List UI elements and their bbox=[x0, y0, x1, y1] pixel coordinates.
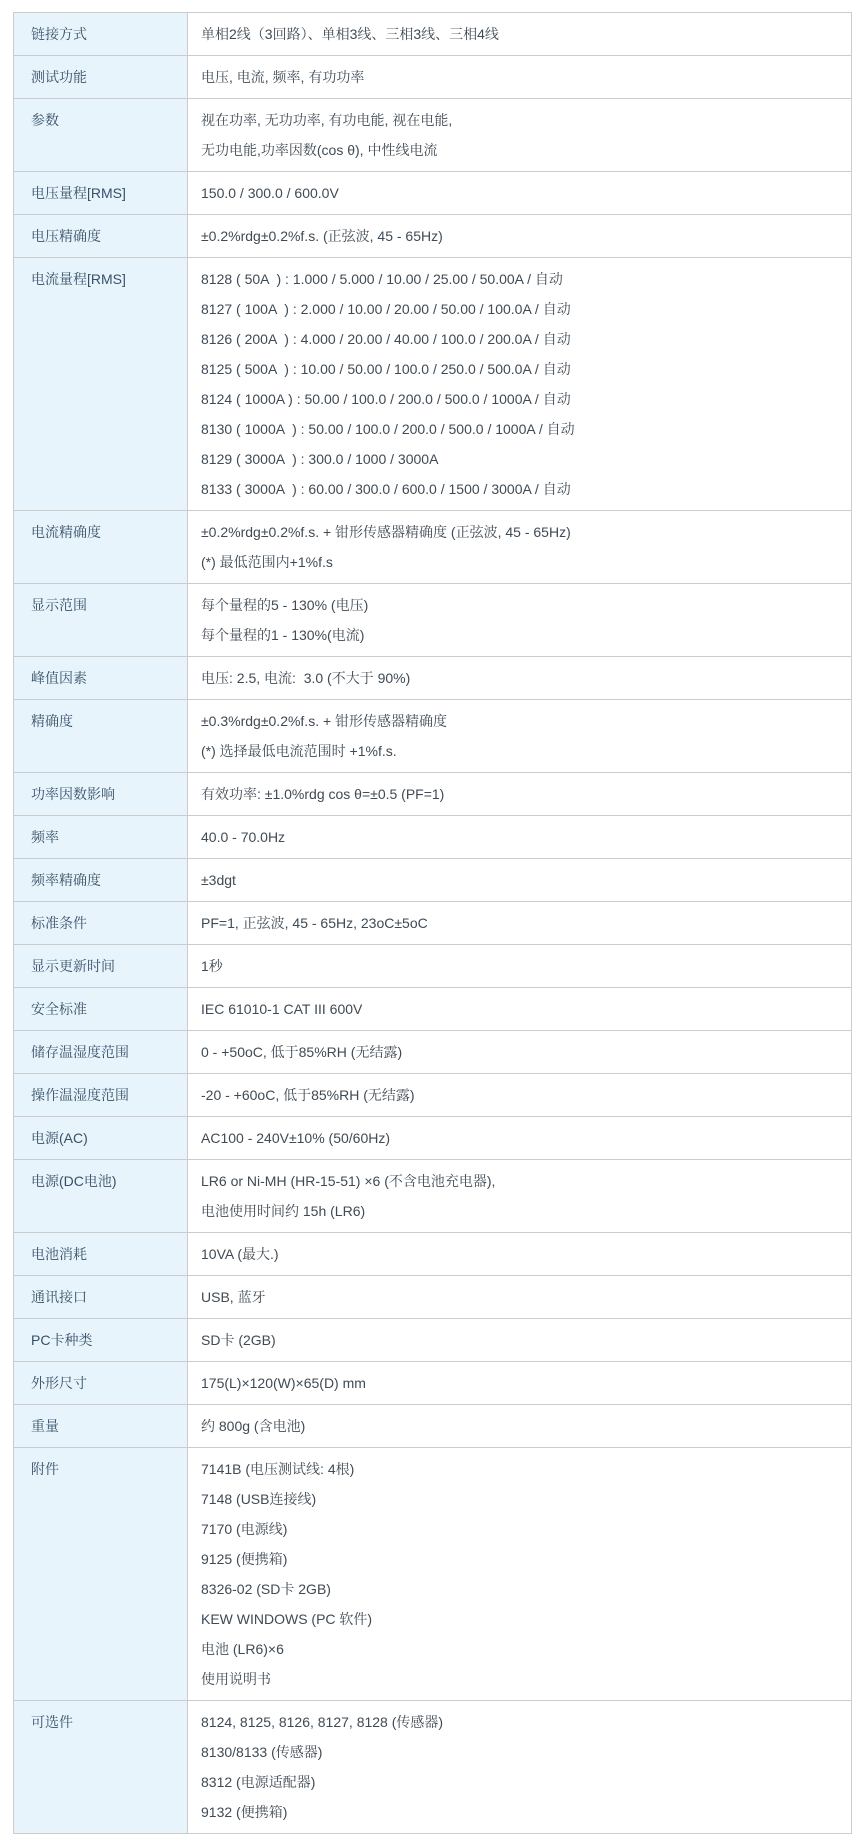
table-row: 链接方式 单相2线（3回路）、单相3线、三相3线、三相4线 bbox=[14, 13, 852, 56]
table-row: PC卡种类 SD卡 (2GB) bbox=[14, 1319, 852, 1362]
spec-label: 参数 bbox=[14, 99, 188, 172]
spec-label: 通讯接口 bbox=[14, 1276, 188, 1319]
spec-label: 测试功能 bbox=[14, 56, 188, 99]
spec-label: 链接方式 bbox=[14, 13, 188, 56]
table-row: 重量 约 800g (含电池) bbox=[14, 1405, 852, 1448]
table-row: 电池消耗 10VA (最大.) bbox=[14, 1233, 852, 1276]
spec-label: 电流精确度 bbox=[14, 511, 188, 584]
spec-label: 安全标准 bbox=[14, 988, 188, 1031]
spec-label: 电源(AC) bbox=[14, 1117, 188, 1160]
table-row: 测试功能 电压, 电流, 频率, 有功功率 bbox=[14, 56, 852, 99]
spec-value: SD卡 (2GB) bbox=[188, 1319, 852, 1362]
spec-value: PF=1, 正弦波, 45 - 65Hz, 23oC±5oC bbox=[188, 902, 852, 945]
spec-value: AC100 - 240V±10% (50/60Hz) bbox=[188, 1117, 852, 1160]
table-row: 外形尺寸 175(L)×120(W)×65(D) mm bbox=[14, 1362, 852, 1405]
spec-label: 外形尺寸 bbox=[14, 1362, 188, 1405]
spec-label: 电池消耗 bbox=[14, 1233, 188, 1276]
table-row: 功率因数影响 有效功率: ±1.0%rdg cos θ=±0.5 (PF=1) bbox=[14, 773, 852, 816]
table-row: 安全标准 IEC 61010-1 CAT III 600V bbox=[14, 988, 852, 1031]
spec-value: 10VA (最大.) bbox=[188, 1233, 852, 1276]
spec-value: 每个量程的5 - 130% (电压) 每个量程的1 - 130%(电流) bbox=[188, 584, 852, 657]
spec-label: 峰值因素 bbox=[14, 657, 188, 700]
spec-value: 8124, 8125, 8126, 8127, 8128 (传感器) 8130/… bbox=[188, 1701, 852, 1834]
spec-label: 精确度 bbox=[14, 700, 188, 773]
spec-value: 7141B (电压测试线: 4根) 7148 (USB连接线) 7170 (电源… bbox=[188, 1448, 852, 1701]
spec-value: 电压: 2.5, 电流: 3.0 (不大于 90%) bbox=[188, 657, 852, 700]
spec-label: PC卡种类 bbox=[14, 1319, 188, 1362]
spec-label: 储存温湿度范围 bbox=[14, 1031, 188, 1074]
spec-page: 链接方式 单相2线（3回路）、单相3线、三相3线、三相4线 测试功能 电压, 电… bbox=[0, 0, 867, 1842]
spec-label: 功率因数影响 bbox=[14, 773, 188, 816]
spec-label: 附件 bbox=[14, 1448, 188, 1701]
table-row: 附件 7141B (电压测试线: 4根) 7148 (USB连接线) 7170 … bbox=[14, 1448, 852, 1701]
spec-label: 显示范围 bbox=[14, 584, 188, 657]
table-row: 峰值因素 电压: 2.5, 电流: 3.0 (不大于 90%) bbox=[14, 657, 852, 700]
spec-label: 电压量程[RMS] bbox=[14, 172, 188, 215]
spec-label: 电压精确度 bbox=[14, 215, 188, 258]
spec-value: 150.0 / 300.0 / 600.0V bbox=[188, 172, 852, 215]
spec-value: ±3dgt bbox=[188, 859, 852, 902]
spec-label: 电流量程[RMS] bbox=[14, 258, 188, 511]
table-row: 显示更新时间 1秒 bbox=[14, 945, 852, 988]
spec-value: 1秒 bbox=[188, 945, 852, 988]
table-row: 参数 视在功率, 无功功率, 有功电能, 视在电能, 无功电能,功率因数(cos… bbox=[14, 99, 852, 172]
spec-value: 有效功率: ±1.0%rdg cos θ=±0.5 (PF=1) bbox=[188, 773, 852, 816]
spec-label: 电源(DC电池) bbox=[14, 1160, 188, 1233]
spec-label: 显示更新时间 bbox=[14, 945, 188, 988]
table-row: 电流量程[RMS] 8128 ( 50A ) : 1.000 / 5.000 /… bbox=[14, 258, 852, 511]
table-row: 操作温湿度范围 -20 - +60oC, 低于85%RH (无结露) bbox=[14, 1074, 852, 1117]
spec-label: 操作温湿度范围 bbox=[14, 1074, 188, 1117]
table-row: 标准条件 PF=1, 正弦波, 45 - 65Hz, 23oC±5oC bbox=[14, 902, 852, 945]
spec-table: 链接方式 单相2线（3回路）、单相3线、三相3线、三相4线 测试功能 电压, 电… bbox=[13, 12, 852, 1834]
spec-table-body: 链接方式 单相2线（3回路）、单相3线、三相3线、三相4线 测试功能 电压, 电… bbox=[14, 13, 852, 1834]
spec-value: -20 - +60oC, 低于85%RH (无结露) bbox=[188, 1074, 852, 1117]
table-row: 通讯接口 USB, 蓝牙 bbox=[14, 1276, 852, 1319]
spec-value: 175(L)×120(W)×65(D) mm bbox=[188, 1362, 852, 1405]
spec-value: 电压, 电流, 频率, 有功功率 bbox=[188, 56, 852, 99]
spec-label: 重量 bbox=[14, 1405, 188, 1448]
spec-value: ±0.2%rdg±0.2%f.s. + 钳形传感器精确度 (正弦波, 45 - … bbox=[188, 511, 852, 584]
spec-label: 标准条件 bbox=[14, 902, 188, 945]
table-row: 电压精确度 ±0.2%rdg±0.2%f.s. (正弦波, 45 - 65Hz) bbox=[14, 215, 852, 258]
spec-label: 频率 bbox=[14, 816, 188, 859]
spec-value: IEC 61010-1 CAT III 600V bbox=[188, 988, 852, 1031]
spec-value: 40.0 - 70.0Hz bbox=[188, 816, 852, 859]
table-row: 电流精确度 ±0.2%rdg±0.2%f.s. + 钳形传感器精确度 (正弦波,… bbox=[14, 511, 852, 584]
spec-value: ±0.3%rdg±0.2%f.s. + 钳形传感器精确度 (*) 选择最低电流范… bbox=[188, 700, 852, 773]
table-row: 电源(AC) AC100 - 240V±10% (50/60Hz) bbox=[14, 1117, 852, 1160]
spec-value: LR6 or Ni-MH (HR-15-51) ×6 (不含电池充电器), 电池… bbox=[188, 1160, 852, 1233]
spec-value: ±0.2%rdg±0.2%f.s. (正弦波, 45 - 65Hz) bbox=[188, 215, 852, 258]
table-row: 电源(DC电池) LR6 or Ni-MH (HR-15-51) ×6 (不含电… bbox=[14, 1160, 852, 1233]
table-row: 储存温湿度范围 0 - +50oC, 低于85%RH (无结露) bbox=[14, 1031, 852, 1074]
spec-label: 可选件 bbox=[14, 1701, 188, 1834]
spec-value: 约 800g (含电池) bbox=[188, 1405, 852, 1448]
spec-label: 频率精确度 bbox=[14, 859, 188, 902]
table-row: 可选件 8124, 8125, 8126, 8127, 8128 (传感器) 8… bbox=[14, 1701, 852, 1834]
spec-value: 单相2线（3回路）、单相3线、三相3线、三相4线 bbox=[188, 13, 852, 56]
table-row: 频率精确度 ±3dgt bbox=[14, 859, 852, 902]
table-row: 显示范围 每个量程的5 - 130% (电压) 每个量程的1 - 130%(电流… bbox=[14, 584, 852, 657]
spec-value: 0 - +50oC, 低于85%RH (无结露) bbox=[188, 1031, 852, 1074]
table-row: 精确度 ±0.3%rdg±0.2%f.s. + 钳形传感器精确度 (*) 选择最… bbox=[14, 700, 852, 773]
table-row: 电压量程[RMS] 150.0 / 300.0 / 600.0V bbox=[14, 172, 852, 215]
table-row: 频率 40.0 - 70.0Hz bbox=[14, 816, 852, 859]
spec-value: USB, 蓝牙 bbox=[188, 1276, 852, 1319]
spec-value: 视在功率, 无功功率, 有功电能, 视在电能, 无功电能,功率因数(cos θ)… bbox=[188, 99, 852, 172]
spec-value: 8128 ( 50A ) : 1.000 / 5.000 / 10.00 / 2… bbox=[188, 258, 852, 511]
